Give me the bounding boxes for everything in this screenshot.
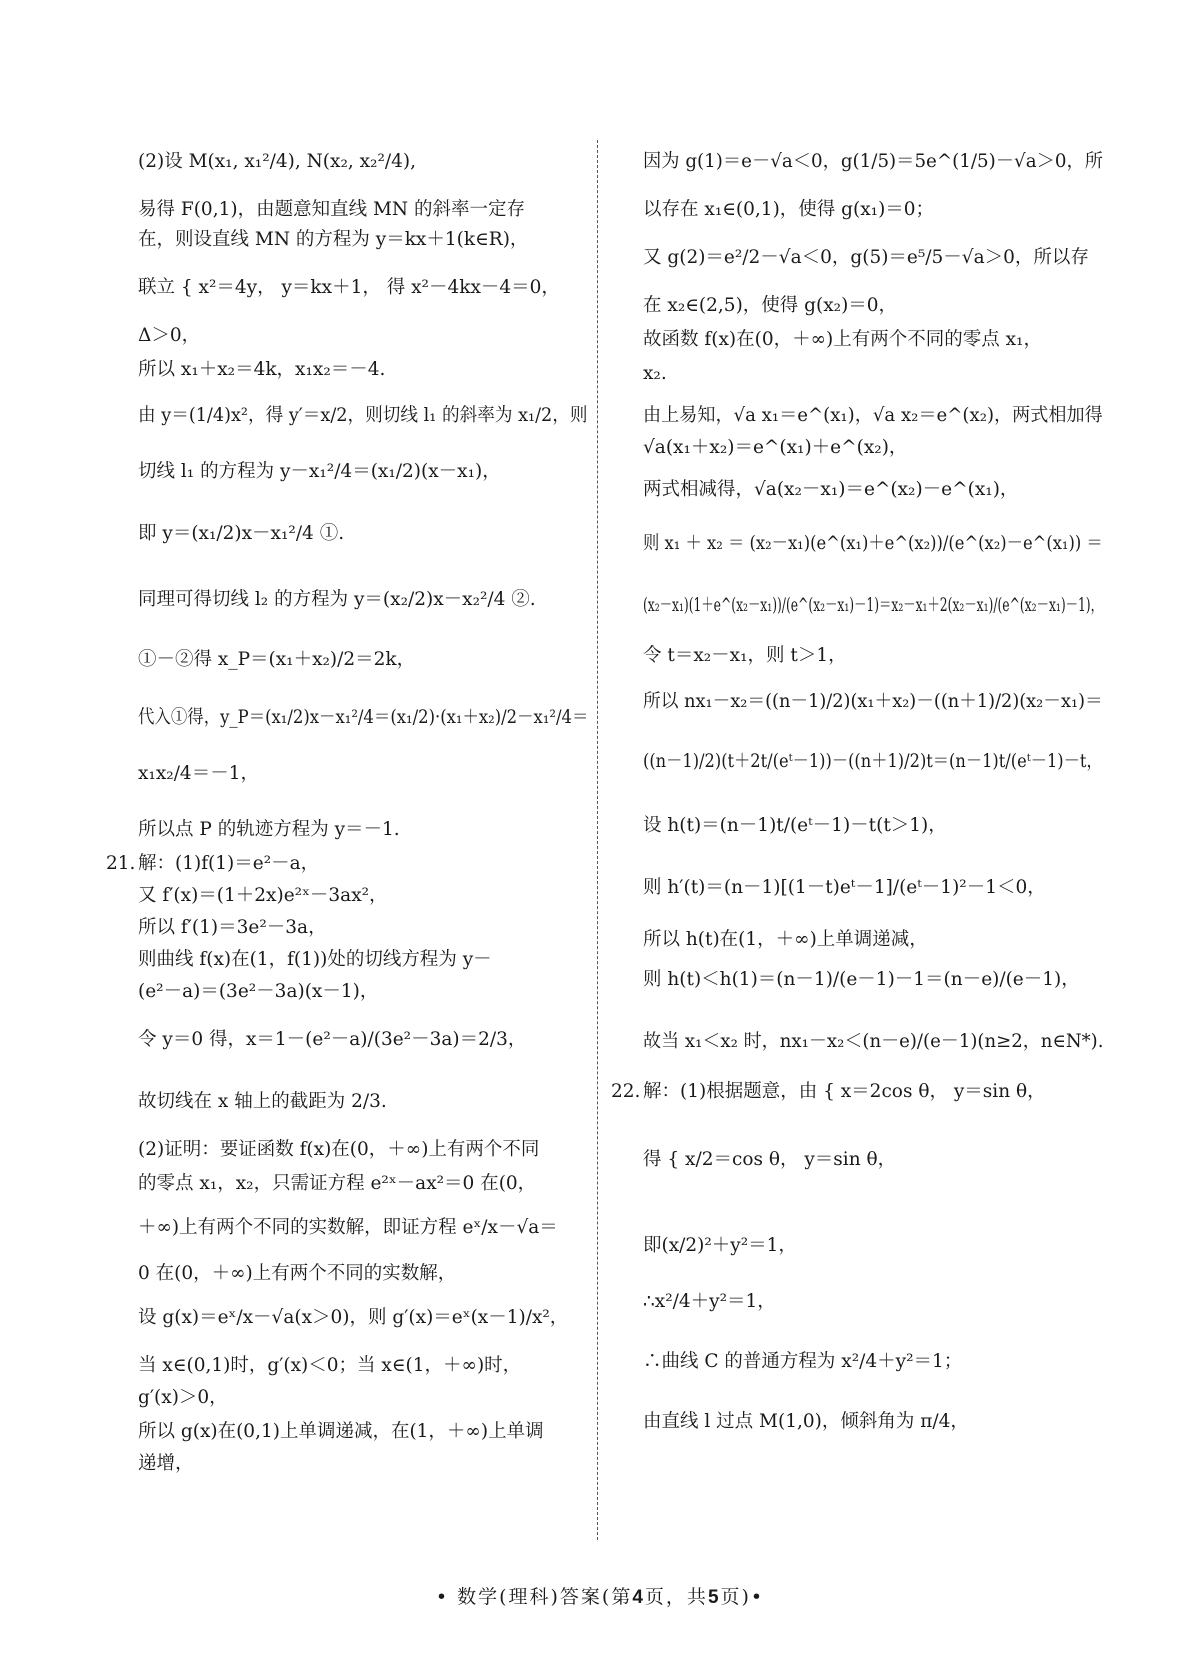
- solution-line: 联立 { x²＝4y， y＝kx＋1， 得 x²－4kx－4＝0，: [138, 276, 560, 300]
- solution-line: 则 h(t)＜h(1)＝(n－1)/(e－1)－1＝(n－e)/(e－1)，: [643, 968, 1080, 992]
- solution-line: √a(x₁＋x₂)＝e^(x₁)＋e^(x₂)，: [643, 436, 907, 460]
- solution-line: 所以 nx₁－x₂＝((n－1)/2)(x₁＋x₂)－((n＋1)/2)(x₂－…: [643, 690, 1103, 714]
- solution-line: 设 g(x)＝eˣ/x－√a(x＞0)，则 g′(x)＝eˣ(x－1)/x²，: [138, 1306, 568, 1330]
- solution-line: 又 g(2)＝e²/2－√a＜0，g(5)＝e⁵/5－√a＞0，所以存: [643, 246, 1089, 270]
- solution-line: x₁x₂/4＝－1，: [138, 762, 259, 786]
- solution-line: 以存在 x₁∈(0,1)，使得 g(x₁)＝0；: [643, 198, 934, 222]
- solution-line: ∴x²/4＋y²＝1，: [643, 1290, 776, 1314]
- solution-line: 令 y＝0 得，x＝1－(e²－a)/(3e²－3a)＝2/3，: [138, 1028, 526, 1052]
- solution-line: 所以 g(x)在(0,1)上单调递减，在(1，＋∞)上单调: [138, 1420, 544, 1444]
- solution-line: ＋∞)上有两个不同的实数解，即证方程 eˣ/x－√a＝: [138, 1216, 558, 1240]
- answer-key-page: (2)设 M(x₁, x₁²/4), N(x₂, x₂²/4),易得 F(0,1…: [0, 0, 1200, 1672]
- solution-line: 即 y＝(x₁/2)x－x₁²/4 ①.: [138, 522, 344, 546]
- solution-line: 所以 f′(1)＝3e²－3a，: [138, 916, 327, 940]
- solution-line: ∴曲线 C 的普通方程为 x²/4＋y²＝1；: [643, 1350, 962, 1374]
- solution-line: 所以点 P 的轨迹方程为 y＝－1.: [138, 818, 400, 842]
- footer-middle: 页，共: [645, 1586, 708, 1608]
- footer-suffix: 页)•: [721, 1586, 765, 1608]
- solution-line: 代入①得，y_P＝(x₁/2)x－x₁²/4＝(x₁/2)·(x₁＋x₂)/2－…: [138, 706, 588, 730]
- solution-line: 由直线 l 过点 M(1,0)，倾斜角为 π/4，: [643, 1410, 969, 1434]
- solution-line: 则 h′(t)＝(n－1)[(1－t)eᵗ－1]/(eᵗ－1)²－1＜0，: [643, 876, 1046, 900]
- footer-total-pages: 5: [708, 1587, 721, 1608]
- solution-line: g′(x)＞0，: [138, 1386, 228, 1410]
- solution-line: 则曲线 f(x)在(1，f(1))处的切线方程为 y－: [138, 948, 492, 972]
- solution-line: (2)证明：要证函数 f(x)在(0，＋∞)上有两个不同: [138, 1138, 539, 1162]
- solution-line: 得 { x/2＝cos θ， y＝sin θ，: [643, 1148, 896, 1172]
- solution-line: 故切线在 x 轴上的截距为 2/3.: [138, 1090, 387, 1114]
- solution-line: (x₂－x₁)(1＋e^(x₂－x₁))/(e^(x₂－x₁)－1)＝x₂－x₁…: [643, 594, 1103, 618]
- footer-prefix: • 数学(理科)答案(第: [436, 1586, 633, 1608]
- solution-line: Δ＞0，: [138, 324, 200, 348]
- solution-line: (e²－a)＝(3e²－3a)(x－1)，: [138, 980, 378, 1004]
- solution-line: 在 x₂∈(2,5)，使得 g(x₂)＝0，: [643, 294, 897, 318]
- solution-line: 由上易知，√a x₁＝e^(x₁)，√a x₂＝e^(x₂)，两式相加得: [643, 404, 1103, 428]
- question-number: 22.: [611, 1080, 640, 1104]
- solution-line: 易得 F(0,1)，由题意知直线 MN 的斜率一定存: [138, 198, 525, 222]
- solution-line: 所以 x₁＋x₂＝4k，x₁x₂＝－4.: [138, 358, 385, 382]
- solution-line: 同理可得切线 l₂ 的方程为 y＝(x₂/2)x－x₂²/4 ②.: [138, 588, 536, 612]
- solution-line: 因为 g(1)＝e－√a＜0，g(1/5)＝5e^(1/5)－√a＞0，所: [643, 150, 1103, 174]
- solution-line: ①－②得 x_P＝(x₁＋x₂)/2＝2k，: [138, 648, 415, 672]
- solution-line: x₂.: [643, 362, 667, 386]
- footer-page-number: 4: [632, 1587, 645, 1608]
- solution-line: 切线 l₁ 的方程为 y－x₁²/4＝(x₁/2)(x－x₁)，: [138, 460, 501, 484]
- solution-line: 当 x∈(0,1)时，g′(x)＜0；当 x∈(1，＋∞)时，: [138, 1354, 521, 1378]
- solution-line: 所以 h(t)在(1，＋∞)上单调递减，: [643, 928, 928, 952]
- question-number: 21.: [106, 852, 135, 876]
- solution-line: 0 在(0，＋∞)上有两个不同的实数解，: [138, 1262, 456, 1286]
- solution-line: 的零点 x₁，x₂，只需证方程 e²ˣ－ax²＝0 在(0，: [138, 1172, 536, 1196]
- solution-line: 两式相减得，√a(x₂－x₁)＝e^(x₂)－e^(x₁)，: [643, 478, 1018, 502]
- solution-line: 解：(1)根据题意，由 { x＝2cos θ， y＝sin θ，: [643, 1080, 1046, 1104]
- solution-line: (2)设 M(x₁, x₁²/4), N(x₂, x₂²/4),: [138, 150, 416, 174]
- solution-line: 故函数 f(x)在(0，＋∞)上有两个不同的零点 x₁，: [643, 328, 1042, 352]
- solution-line: 递增，: [138, 1452, 194, 1476]
- solution-line: 解：(1)f(1)＝e²－a，: [138, 852, 319, 876]
- solution-line: 即(x/2)²＋y²＝1，: [643, 1234, 797, 1258]
- column-divider: [597, 140, 598, 1540]
- page-footer: • 数学(理科)答案(第4页，共5页)•: [0, 1582, 1200, 1609]
- solution-line: 故当 x₁＜x₂ 时，nx₁－x₂＜(n－e)/(e－1)(n≥2，n∈N*).: [643, 1030, 1103, 1054]
- solution-line: 则 x₁ ＋ x₂ ＝ (x₂－x₁)(e^(x₁)＋e^(x₂))/(e^(x…: [643, 532, 1103, 556]
- solution-line: 由 y＝(1/4)x²，得 y′＝x/2，则切线 l₁ 的斜率为 x₁/2，则: [138, 404, 588, 428]
- solution-line: 又 f′(x)＝(1＋2x)e²ˣ－3ax²，: [138, 884, 388, 908]
- solution-line: 令 t＝x₂－x₁，则 t＞1，: [643, 644, 847, 668]
- solution-line: ((n－1)/2)(t＋2t/(eᵗ－1))－((n＋1)/2)t＝(n－1)t…: [643, 750, 1103, 774]
- solution-line: 设 h(t)＝(n－1)t/(eᵗ－1)－t(t＞1)，: [643, 814, 947, 838]
- solution-line: 在，则设直线 MN 的方程为 y＝kx＋1(k∈R)，: [138, 228, 528, 252]
